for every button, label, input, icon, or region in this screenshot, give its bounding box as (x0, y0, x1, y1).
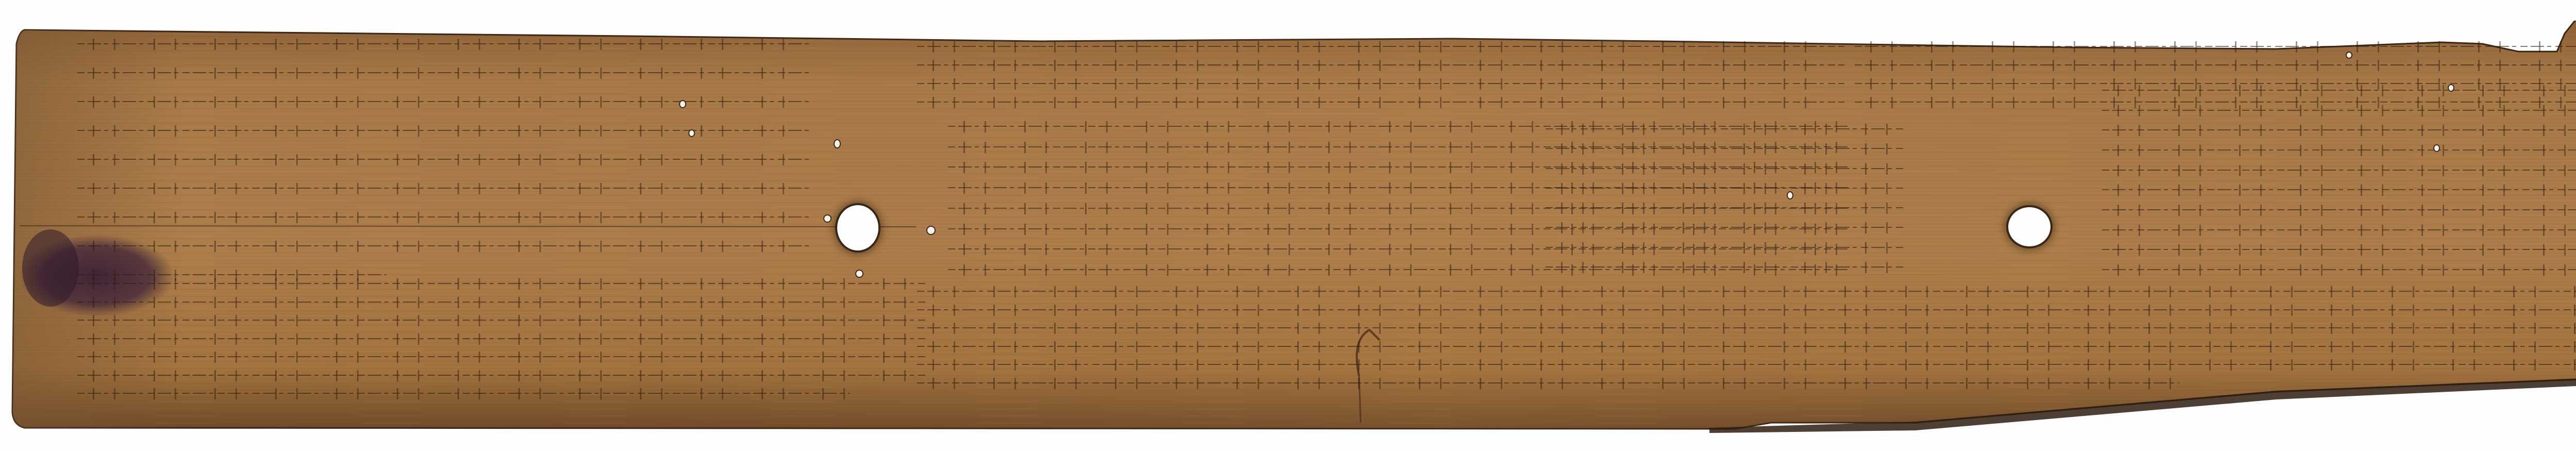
pinhole (856, 271, 862, 277)
text-block-middle-top (917, 41, 1844, 108)
text-line (1855, 60, 2576, 71)
text-line (1855, 41, 2576, 53)
text-line (77, 315, 927, 326)
text-line (917, 378, 2179, 389)
text-line (917, 323, 2576, 334)
text-block-left-lower (77, 278, 927, 399)
pinhole (927, 227, 935, 234)
text-line (77, 39, 809, 50)
text-line (2102, 85, 2576, 96)
text-line (2102, 225, 2576, 236)
text-line (77, 154, 809, 165)
text-block-left (77, 39, 809, 281)
text-line (1546, 143, 1906, 155)
text-line (77, 388, 850, 399)
text-line (77, 125, 809, 137)
text-line (2102, 244, 2576, 256)
text-line (917, 359, 2576, 371)
text-line (77, 241, 809, 252)
text-line (77, 278, 927, 290)
text-line (2102, 105, 2576, 116)
text-line (1546, 242, 1906, 254)
text-block-middle-right (1546, 124, 1906, 273)
text-line (2102, 125, 2576, 136)
pinhole (2347, 53, 2351, 58)
text-line (1546, 262, 1906, 273)
text-line (77, 96, 809, 108)
pinhole (835, 140, 840, 147)
text-line (2102, 185, 2576, 196)
text-block-right (2102, 85, 2576, 276)
text-line (917, 41, 1844, 53)
text-line (2102, 165, 2576, 176)
text-line (1546, 203, 1906, 214)
text-line (2102, 264, 2576, 276)
pinhole (680, 101, 685, 107)
pinhole (689, 130, 694, 136)
pinhole (2434, 145, 2439, 151)
binding-hole-right (2008, 207, 2050, 246)
text-line (917, 286, 2576, 297)
text-line (917, 78, 1844, 90)
text-line (77, 352, 927, 363)
text-line (917, 341, 2576, 353)
text-line (1546, 163, 1906, 175)
text-line (1546, 222, 1906, 233)
pinhole (2449, 85, 2453, 91)
text-line (77, 68, 809, 79)
pinhole (1788, 192, 1792, 198)
text-line (917, 97, 1844, 108)
text-line (77, 333, 927, 345)
pinhole (824, 215, 831, 222)
text-block-bottom (917, 286, 2576, 389)
text-line (917, 305, 2576, 316)
text-line (1546, 183, 1906, 194)
text-line (77, 370, 927, 381)
text-line (2102, 145, 2576, 156)
text-line (77, 297, 927, 308)
text-line (2102, 205, 2576, 216)
text-line (77, 183, 809, 194)
binding-hole-left (837, 205, 878, 250)
text-line (77, 212, 809, 223)
text-line (917, 60, 1844, 71)
text-line (1546, 124, 1906, 135)
